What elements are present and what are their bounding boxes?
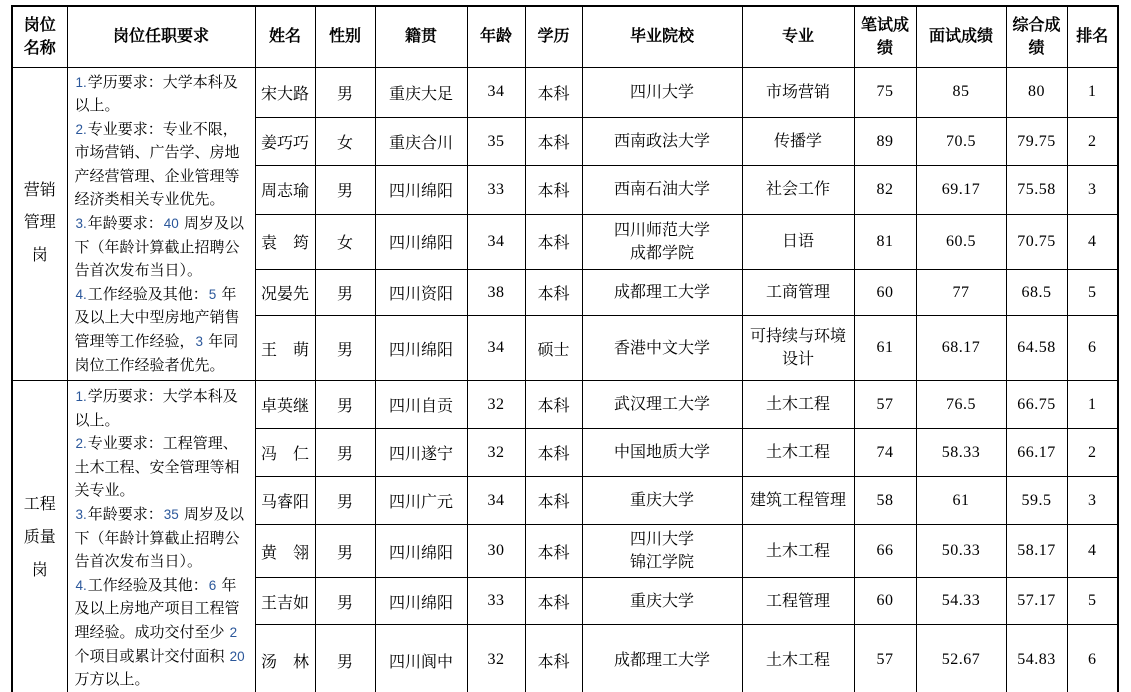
rank-cell: 3 [1067,477,1118,525]
position-name-cell: 工程质量岗 [12,381,67,692]
candidate-name-cell: 姜巧巧 [255,117,315,165]
overall-score-cell: 59.5 [1006,477,1067,525]
requirement-item: 4.工作经验及其他：5 年及以上大中型房地产销售管理等工作经验，3 年同岗位工作… [75,283,249,377]
candidate-gender-cell: 男 [315,429,375,477]
written-score-cell: 57 [854,625,916,692]
interview-score-cell: 70.5 [916,117,1006,165]
candidate-school-cell: 四川大学 锦江学院 [582,525,742,578]
candidate-age-cell: 35 [467,117,525,165]
interview-score-cell: 77 [916,270,1006,316]
written-score-cell: 81 [854,214,916,270]
candidate-major-cell: 社会工作 [742,166,854,214]
candidate-hometown-cell: 四川遂宁 [375,429,467,477]
candidate-hometown-cell: 四川自贡 [375,381,467,429]
candidate-name-cell: 卓英继 [255,381,315,429]
recruitment-results-table: 岗位名称岗位任职要求姓名性别籍贯年龄学历毕业院校专业笔试成绩面试成绩综合成绩排名… [11,5,1119,692]
candidate-hometown-cell: 四川绵阳 [375,525,467,578]
column-header-written-score: 笔试成绩 [854,6,916,67]
interview-score-cell: 60.5 [916,214,1006,270]
candidate-school-cell: 香港中文大学 [582,316,742,381]
candidate-major-cell: 土木工程 [742,429,854,477]
overall-score-cell: 80 [1006,67,1067,117]
candidate-education-cell: 本科 [525,525,582,578]
candidate-gender-cell: 男 [315,477,375,525]
overall-score-cell: 66.75 [1006,381,1067,429]
candidate-school-cell: 重庆大学 [582,578,742,625]
overall-score-cell: 75.58 [1006,166,1067,214]
column-header-school: 毕业院校 [582,6,742,67]
interview-score-cell: 68.17 [916,316,1006,381]
candidate-major-cell: 工程管理 [742,578,854,625]
candidate-hometown-cell: 重庆合川 [375,117,467,165]
candidate-major-cell: 市场营销 [742,67,854,117]
column-header-education: 学历 [525,6,582,67]
candidate-education-cell: 本科 [525,214,582,270]
candidate-hometown-cell: 四川阆中 [375,625,467,692]
candidate-gender-cell: 女 [315,117,375,165]
header-row: 岗位名称岗位任职要求姓名性别籍贯年龄学历毕业院校专业笔试成绩面试成绩综合成绩排名 [12,6,1118,67]
candidate-school-cell: 西南政法大学 [582,117,742,165]
candidate-name-cell: 马睿阳 [255,477,315,525]
requirement-item: 1.学历要求：大学本科及以上。 [75,385,249,432]
interview-score-cell: 52.67 [916,625,1006,692]
candidate-age-cell: 34 [467,67,525,117]
interview-score-cell: 76.5 [916,381,1006,429]
requirements-cell: 1.学历要求：大学本科及以上。2.专业要求：专业不限，市场营销、广告学、房地产经… [67,67,255,381]
rank-cell: 1 [1067,67,1118,117]
candidate-school-cell: 成都理工大学 [582,270,742,316]
interview-score-cell: 85 [916,67,1006,117]
candidate-name-cell: 王吉如 [255,578,315,625]
column-header-interview-score: 面试成绩 [916,6,1006,67]
candidate-major-cell: 传播学 [742,117,854,165]
written-score-cell: 82 [854,166,916,214]
candidate-education-cell: 本科 [525,578,582,625]
candidate-age-cell: 34 [467,214,525,270]
overall-score-cell: 54.83 [1006,625,1067,692]
candidate-age-cell: 34 [467,477,525,525]
candidate-gender-cell: 男 [315,578,375,625]
interview-score-cell: 54.33 [916,578,1006,625]
candidate-age-cell: 30 [467,525,525,578]
requirement-item: 3.年龄要求：35 周岁及以下（年龄计算截止招聘公告首次发布当日）。 [75,503,249,574]
candidate-gender-cell: 女 [315,214,375,270]
rank-cell: 5 [1067,270,1118,316]
candidate-age-cell: 34 [467,316,525,381]
position-name-cell: 营销管理岗 [12,67,67,381]
candidate-school-cell: 四川大学 [582,67,742,117]
requirement-item: 2.专业要求：工程管理、土木工程、安全管理等相关专业。 [75,432,249,503]
rank-cell: 1 [1067,381,1118,429]
recruitment-results-page: 岗位名称岗位任职要求姓名性别籍贯年龄学历毕业院校专业笔试成绩面试成绩综合成绩排名… [0,5,1131,692]
candidate-school-cell: 西南石油大学 [582,166,742,214]
candidate-major-cell: 日语 [742,214,854,270]
rank-cell: 2 [1067,429,1118,477]
candidate-gender-cell: 男 [315,67,375,117]
requirements-cell: 1.学历要求：大学本科及以上。2.专业要求：工程管理、土木工程、安全管理等相关专… [67,381,255,692]
written-score-cell: 61 [854,316,916,381]
column-header-position: 岗位名称 [12,6,67,67]
column-header-hometown: 籍贯 [375,6,467,67]
candidate-gender-cell: 男 [315,381,375,429]
candidate-hometown-cell: 四川绵阳 [375,214,467,270]
requirement-item: 2.专业要求：专业不限，市场营销、广告学、房地产经营管理、企业管理等经济类相关专… [75,118,249,212]
candidate-age-cell: 33 [467,166,525,214]
candidate-name-cell: 黄 翎 [255,525,315,578]
candidate-major-cell: 土木工程 [742,625,854,692]
table-header: 岗位名称岗位任职要求姓名性别籍贯年龄学历毕业院校专业笔试成绩面试成绩综合成绩排名 [12,6,1118,67]
candidate-school-cell: 成都理工大学 [582,625,742,692]
column-header-rank: 排名 [1067,6,1118,67]
overall-score-cell: 64.58 [1006,316,1067,381]
candidate-age-cell: 32 [467,625,525,692]
rank-cell: 5 [1067,578,1118,625]
written-score-cell: 57 [854,381,916,429]
overall-score-cell: 79.75 [1006,117,1067,165]
written-score-cell: 66 [854,525,916,578]
overall-score-cell: 70.75 [1006,214,1067,270]
candidate-name-cell: 冯 仁 [255,429,315,477]
candidate-gender-cell: 男 [315,316,375,381]
written-score-cell: 58 [854,477,916,525]
column-header-requirements: 岗位任职要求 [67,6,255,67]
rank-cell: 6 [1067,625,1118,692]
written-score-cell: 89 [854,117,916,165]
candidate-hometown-cell: 四川资阳 [375,270,467,316]
candidate-major-cell: 土木工程 [742,525,854,578]
candidate-school-cell: 四川师范大学 成都学院 [582,214,742,270]
rank-cell: 6 [1067,316,1118,381]
candidate-major-cell: 可持续与环境 设计 [742,316,854,381]
candidate-education-cell: 本科 [525,477,582,525]
column-header-overall-score: 综合成绩 [1006,6,1067,67]
candidate-name-cell: 汤 林 [255,625,315,692]
written-score-cell: 75 [854,67,916,117]
column-header-age: 年龄 [467,6,525,67]
candidate-row: 营销管理岗1.学历要求：大学本科及以上。2.专业要求：专业不限，市场营销、广告学… [12,67,1118,117]
candidate-education-cell: 本科 [525,429,582,477]
rank-cell: 4 [1067,525,1118,578]
written-score-cell: 74 [854,429,916,477]
interview-score-cell: 61 [916,477,1006,525]
overall-score-cell: 57.17 [1006,578,1067,625]
candidate-hometown-cell: 重庆大足 [375,67,467,117]
candidate-education-cell: 本科 [525,117,582,165]
candidate-school-cell: 武汉理工大学 [582,381,742,429]
requirement-item: 1.学历要求：大学本科及以上。 [75,71,249,118]
interview-score-cell: 69.17 [916,166,1006,214]
candidate-hometown-cell: 四川绵阳 [375,578,467,625]
candidate-major-cell: 工商管理 [742,270,854,316]
interview-score-cell: 50.33 [916,525,1006,578]
written-score-cell: 60 [854,270,916,316]
requirement-item: 4.工作经验及其他：6 年及以上房地产项目工程管理经验。成功交付至少 2 个项目… [75,574,249,692]
candidate-row: 工程质量岗1.学历要求：大学本科及以上。2.专业要求：工程管理、土木工程、安全管… [12,381,1118,429]
overall-score-cell: 68.5 [1006,270,1067,316]
candidate-age-cell: 32 [467,381,525,429]
candidate-education-cell: 本科 [525,166,582,214]
column-header-major: 专业 [742,6,854,67]
candidate-hometown-cell: 四川绵阳 [375,316,467,381]
candidate-school-cell: 重庆大学 [582,477,742,525]
candidate-school-cell: 中国地质大学 [582,429,742,477]
candidate-hometown-cell: 四川绵阳 [375,166,467,214]
written-score-cell: 60 [854,578,916,625]
requirement-item: 3.年龄要求：40 周岁及以下（年龄计算截止招聘公告首次发布当日）。 [75,212,249,283]
candidate-education-cell: 硕士 [525,316,582,381]
interview-score-cell: 58.33 [916,429,1006,477]
candidate-education-cell: 本科 [525,381,582,429]
candidate-name-cell: 况晏先 [255,270,315,316]
rank-cell: 3 [1067,166,1118,214]
candidate-education-cell: 本科 [525,625,582,692]
candidate-gender-cell: 男 [315,166,375,214]
candidate-major-cell: 建筑工程管理 [742,477,854,525]
candidate-gender-cell: 男 [315,525,375,578]
candidate-age-cell: 32 [467,429,525,477]
rank-cell: 2 [1067,117,1118,165]
candidate-name-cell: 宋大路 [255,67,315,117]
candidate-age-cell: 33 [467,578,525,625]
candidate-education-cell: 本科 [525,270,582,316]
table-body: 营销管理岗1.学历要求：大学本科及以上。2.专业要求：专业不限，市场营销、广告学… [12,67,1118,692]
candidate-name-cell: 周志瑜 [255,166,315,214]
overall-score-cell: 66.17 [1006,429,1067,477]
column-header-gender: 性别 [315,6,375,67]
candidate-age-cell: 38 [467,270,525,316]
candidate-major-cell: 土木工程 [742,381,854,429]
candidate-education-cell: 本科 [525,67,582,117]
candidate-gender-cell: 男 [315,625,375,692]
column-header-name: 姓名 [255,6,315,67]
candidate-name-cell: 袁 筠 [255,214,315,270]
candidate-hometown-cell: 四川广元 [375,477,467,525]
candidate-name-cell: 王 萌 [255,316,315,381]
overall-score-cell: 58.17 [1006,525,1067,578]
rank-cell: 4 [1067,214,1118,270]
candidate-gender-cell: 男 [315,270,375,316]
